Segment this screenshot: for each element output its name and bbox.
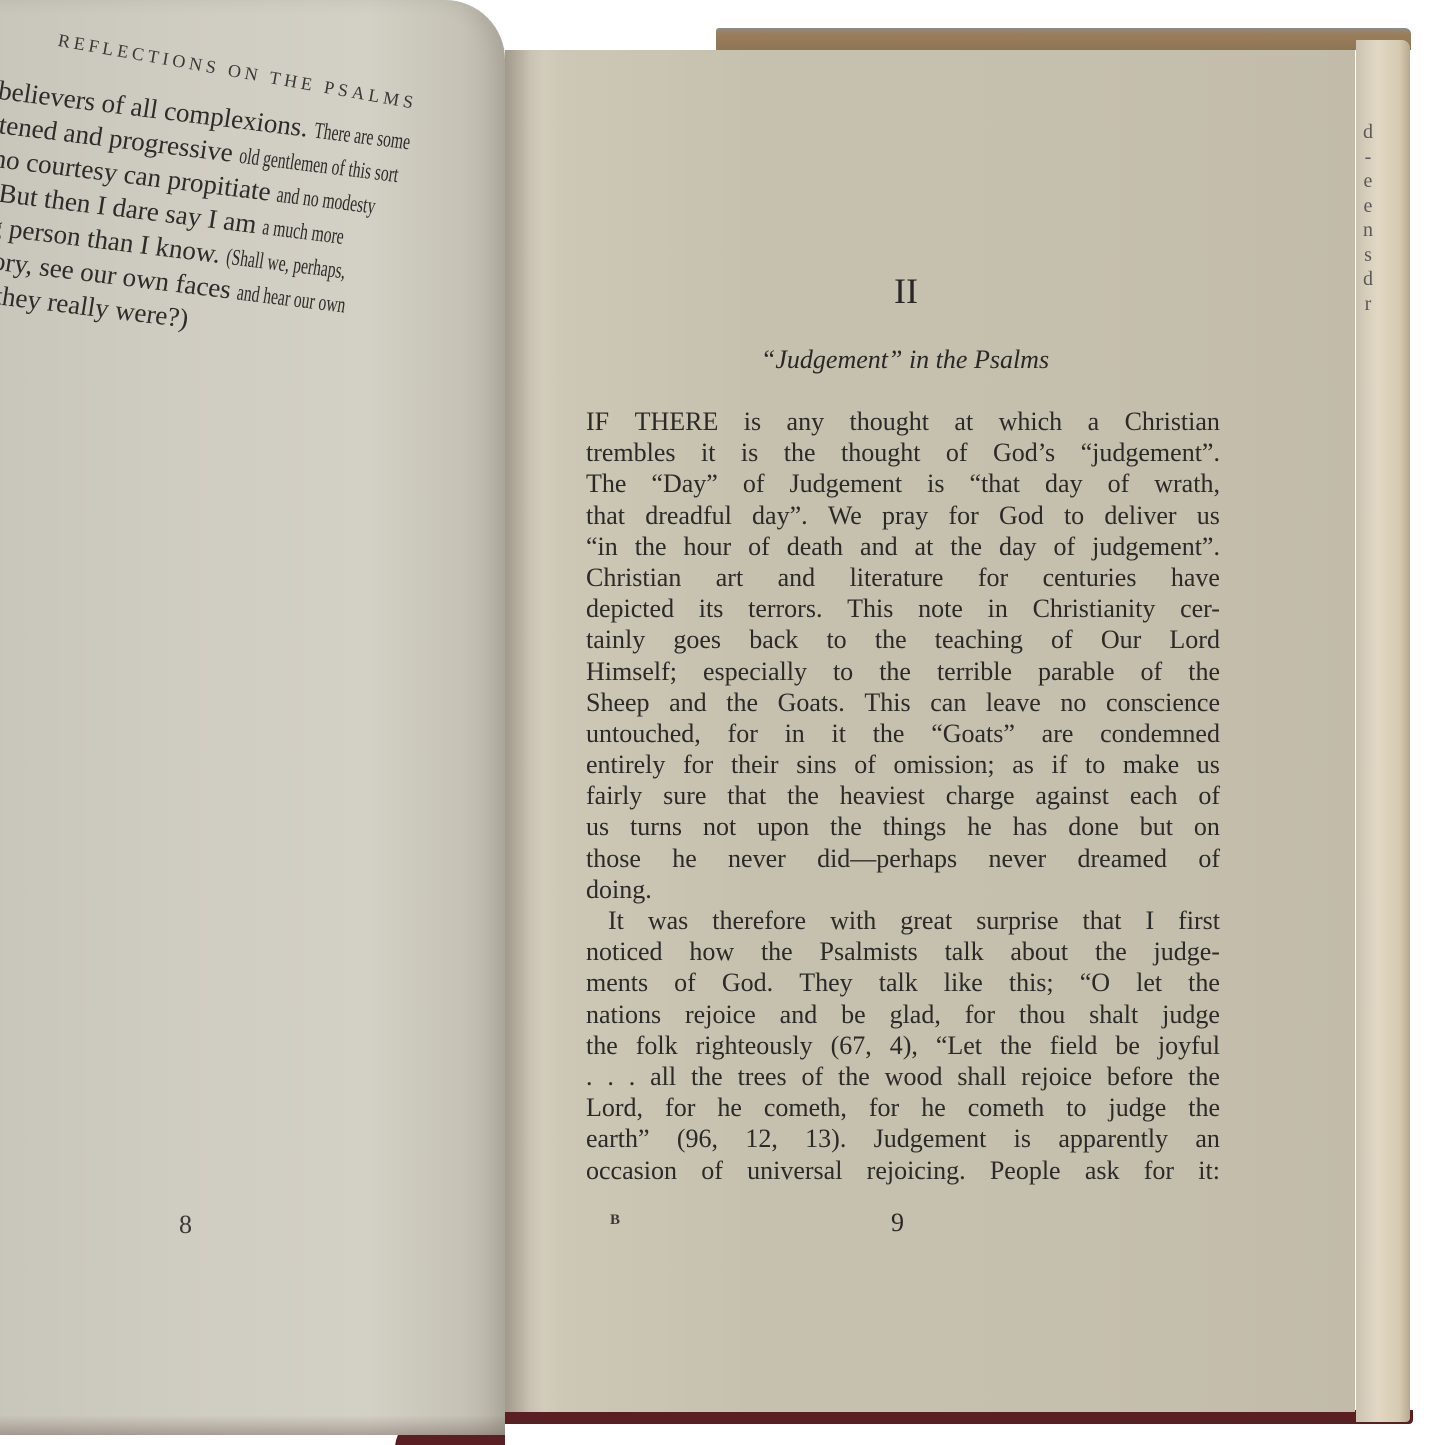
book-cover-edge xyxy=(488,1410,1413,1424)
jacket-letter: d xyxy=(1363,267,1373,292)
text-line: depicteditsterrors.ThisnoteinChristianit… xyxy=(586,593,1220,624)
text-line: tainlygoesbacktotheteachingofOurLord xyxy=(586,624,1220,655)
text-line: ItwasthereforewithgreatsurprisethatIfirs… xyxy=(586,905,1220,936)
page-number-right: 9 xyxy=(891,1208,904,1238)
text-line: Christianartandliteratureforcenturieshav… xyxy=(586,562,1220,593)
page-number-left: 8 xyxy=(179,1210,192,1240)
dust-jacket-text: d-eensdr xyxy=(1360,120,1376,316)
text-line: SheepandtheGoats.Thiscanleavenoconscienc… xyxy=(586,687,1220,718)
text-line: noticedhowthePsalmiststalkaboutthejudge- xyxy=(586,936,1220,967)
gutter-shadow xyxy=(505,50,545,1412)
jacket-letter: r xyxy=(1365,292,1372,317)
left-page: REFLECTIONS ON THE PSALMS emi-believers … xyxy=(0,0,505,1435)
text-line: earth”(96,12,13).Judgementisapparentlyan xyxy=(586,1123,1220,1154)
text-line: fairlysurethattheheaviestchargeagainstea… xyxy=(586,780,1220,811)
jacket-letter: e xyxy=(1364,169,1373,194)
text-line: thoseheneverdid—perhapsneverdreamedof xyxy=(586,843,1220,874)
text-line: doing. xyxy=(586,874,1220,905)
jacket-letter: d xyxy=(1363,120,1373,145)
text-line: usturnsnotuponthethingshehasdonebuton xyxy=(586,811,1220,842)
text-line: ...allthetreesofthewoodshallrejoicebefor… xyxy=(586,1061,1220,1092)
text-line: Himself;especiallytotheterribleparableof… xyxy=(586,656,1220,687)
text-line: untouched,forinitthe“Goats”arecondemned xyxy=(586,718,1220,749)
text-line: IFTHEREisanythoughtatwhichaChristian xyxy=(586,406,1220,437)
jacket-letter: e xyxy=(1364,194,1373,219)
text-line: “inthehourofdeathandatthedayofjudgement”… xyxy=(586,531,1220,562)
text-line: tremblesitisthethoughtofGod’s“judgement”… xyxy=(586,437,1220,468)
jacket-letter: s xyxy=(1364,243,1372,268)
text-line: The“Day”ofJudgementis“thatdayofwrath, xyxy=(586,468,1220,499)
text-line: mentsofGod.Theytalklikethis;“Oletthe xyxy=(586,967,1220,998)
text-line: thatdreadfulday”.WeprayforGodtodeliverus xyxy=(586,500,1220,531)
text-line: occasionofuniversalrejoicing.Peopleaskfo… xyxy=(586,1155,1220,1186)
chapter-number: II xyxy=(880,270,932,312)
text-line: Lord,forhecometh,forhecomethtojudgethe xyxy=(586,1092,1220,1123)
jacket-letter: n xyxy=(1363,218,1373,243)
page-block-top-edge xyxy=(716,28,1411,50)
signature-mark: B xyxy=(610,1212,620,1229)
jacket-letter: - xyxy=(1365,145,1372,170)
text-line: nationsrejoiceandbeglad,forthoushaltjudg… xyxy=(586,999,1220,1030)
left-page-body: emi-believers of all complexions. There … xyxy=(0,68,468,366)
text-line: thefolkrighteously(67,4),“Letthefieldbej… xyxy=(586,1030,1220,1061)
text-line: entirelyfortheirsinsofomission;asiftomak… xyxy=(586,749,1220,780)
chapter-title: “Judgement” in the Psalms xyxy=(660,345,1150,375)
right-page-body: IFTHEREisanythoughtatwhichaChristiantrem… xyxy=(586,406,1220,1186)
